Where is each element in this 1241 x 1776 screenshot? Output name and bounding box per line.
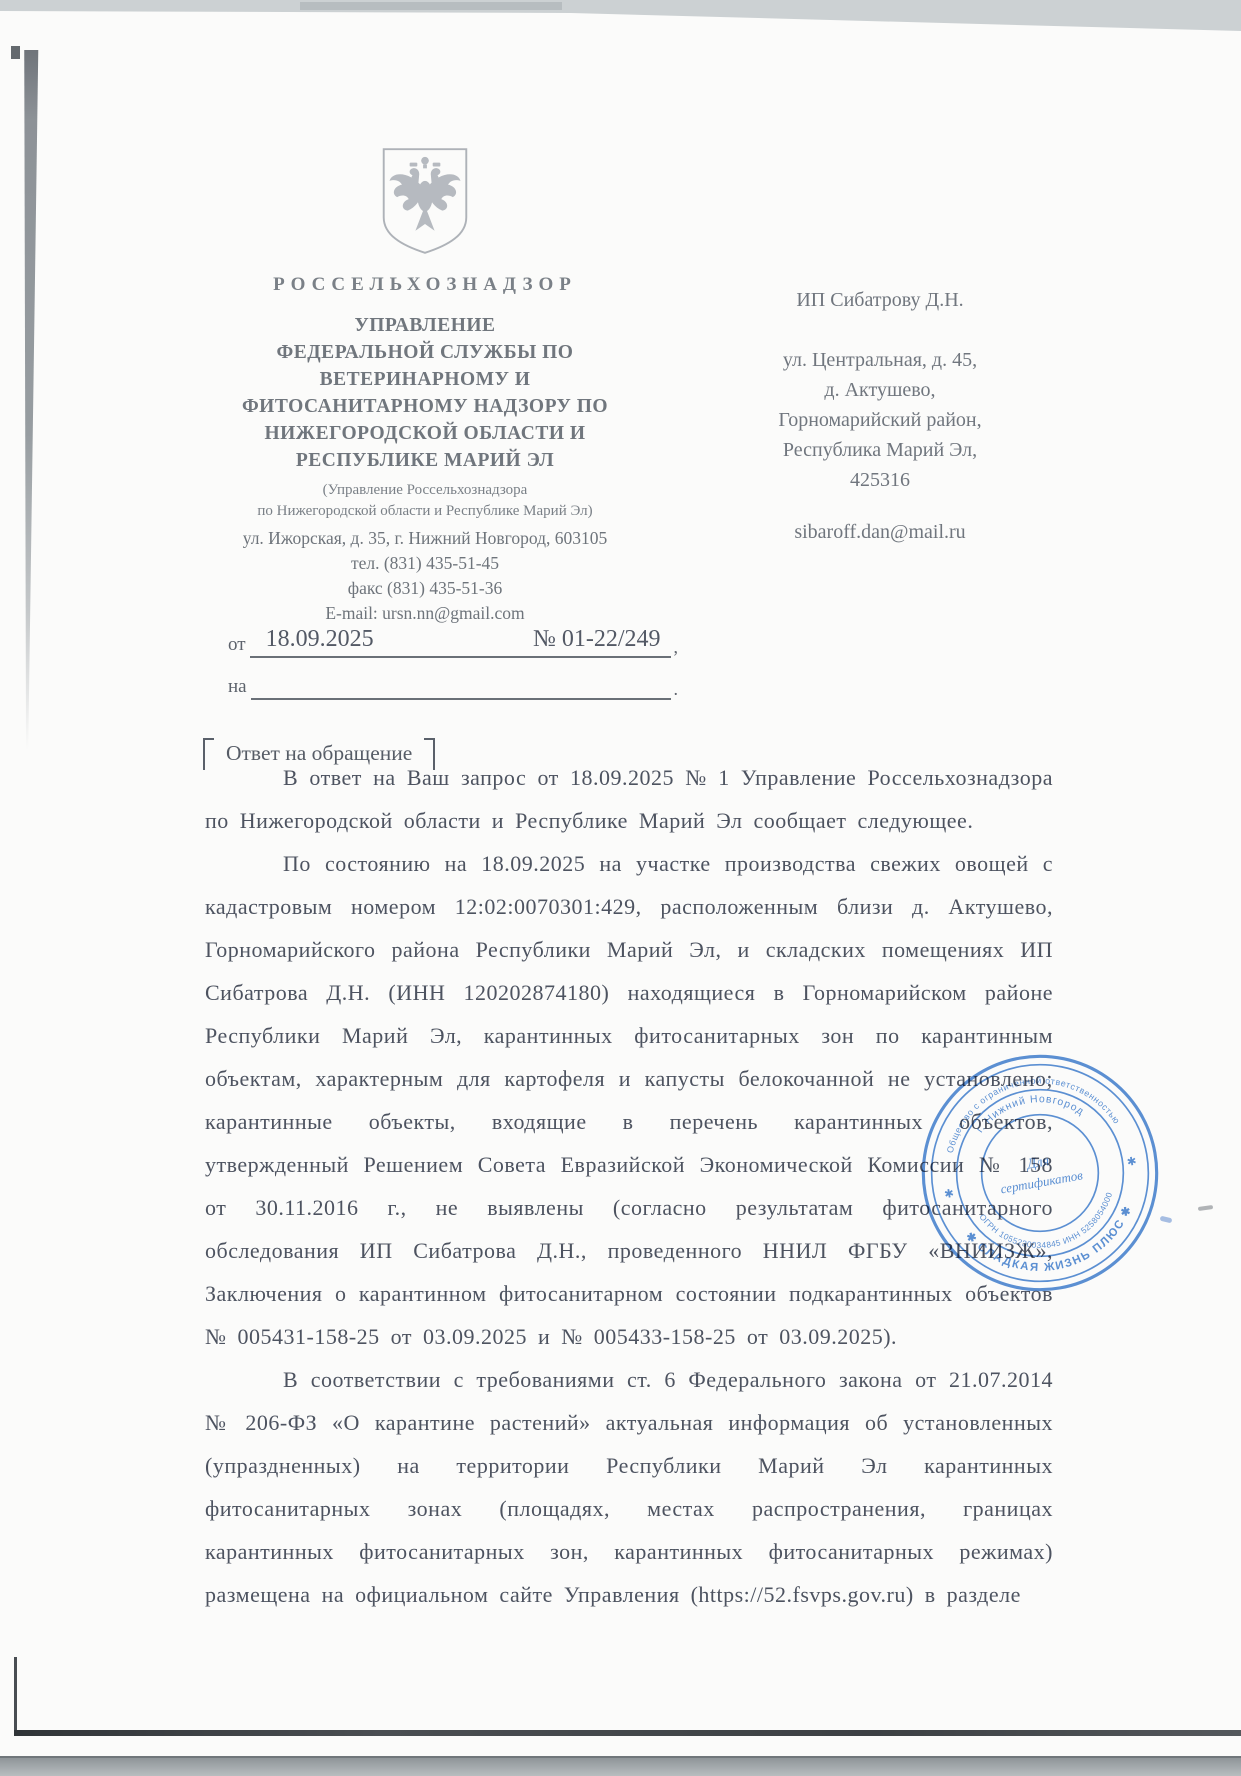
recipient-address-line: ул. Центральная, д. 45, — [700, 345, 1060, 375]
recipient-email: sibaroff.dan@mail.ru — [700, 517, 1060, 547]
scan-artifact-bottom-corner-line — [14, 1657, 17, 1735]
department-line: ВЕТЕРИНАРНОМУ И — [190, 366, 660, 393]
double-headed-eagle-icon — [389, 157, 460, 231]
recipient-address-line: Горномарийский район, — [700, 405, 1060, 435]
scan-artifact-bottom-line — [14, 1730, 1241, 1736]
ref-underline-empty — [251, 670, 671, 700]
ref-from-label: от — [228, 634, 250, 658]
department-name: УПРАВЛЕНИЕ ФЕДЕРАЛЬНОЙ СЛУЖБЫ ПО ВЕТЕРИН… — [190, 312, 660, 474]
company-round-stamp: Общество с ограниченной ответственностью… — [895, 1028, 1185, 1318]
org-phone: тел. (831) 435-51-45 — [190, 551, 660, 576]
org-short-name-line: (Управление Россельхознадзора — [190, 480, 660, 501]
ref-date: 18.09.2025 — [266, 626, 374, 653]
ref-underline: 18.09.2025 № 01-22/249 — [250, 626, 671, 658]
recipient-address-line: д. Актушево, — [700, 375, 1060, 405]
department-line: ФИТОСАНИТАРНОМУ НАДЗОРУ ПО — [190, 393, 660, 420]
scan-artifact-top-strip — [300, 2, 562, 10]
stamp-center-line1: Для — [1024, 1153, 1051, 1173]
scan-artifact-corner-dot — [11, 46, 20, 59]
recipient-address-line: Республика Марий Эл, — [700, 435, 1060, 465]
reference-row-date: от 18.09.2025 № 01-22/249 , — [228, 626, 678, 658]
stamp-inner-circle — [972, 1105, 1107, 1240]
recipient-address-line: 425316 — [700, 465, 1060, 495]
department-line: РЕСПУБЛИКЕ МАРИЙ ЭЛ — [190, 447, 660, 474]
body-paragraph: В соответствии с требованиями ст. 6 Феде… — [205, 1358, 1053, 1616]
department-line: ФЕДЕРАЛЬНОЙ СЛУЖБЫ ПО — [190, 339, 660, 366]
letterhead: РОССЕЛЬХОЗНАДЗОР УПРАВЛЕНИЕ ФЕДЕРАЛЬНОЙ … — [190, 146, 660, 626]
org-address: ул. Ижорская, д. 35, г. Нижний Новгород,… — [190, 526, 660, 551]
reference-row-on: на . — [228, 670, 678, 700]
org-email: E-mail: ursn.nn@gmail.com — [190, 601, 660, 626]
scanned-letter-page: РОССЕЛЬХОЗНАДЗОР УПРАВЛЕНИЕ ФЕДЕРАЛЬНОЙ … — [0, 0, 1241, 1776]
ref-on-label: на — [228, 676, 251, 700]
reference-block: от 18.09.2025 № 01-22/249 , на . — [228, 626, 678, 700]
russia-coat-of-arms-icon — [377, 146, 473, 256]
body-paragraph: В ответ на Ваш запрос от 18.09.2025 № 1 … — [205, 756, 1053, 842]
department-line: НИЖЕГОРОДСКОЙ ОБЛАСТИ И — [190, 420, 660, 447]
ref-period: . — [671, 679, 679, 700]
scan-artifact-bottom-band — [0, 1756, 1241, 1776]
org-short-name: (Управление Россельхознадзора по Нижегор… — [190, 480, 660, 522]
ref-comma: , — [671, 637, 679, 658]
stamp-center-line2: сертификатов — [999, 1167, 1084, 1196]
department-line: УПРАВЛЕНИЕ — [190, 312, 660, 339]
stamp-separator-star-right: ✱ — [1126, 1155, 1138, 1168]
org-fax: факс (831) 435-51-36 — [190, 576, 660, 601]
recipient-name: ИП Сибатрову Д.Н. — [700, 285, 1060, 315]
agency-name: РОССЕЛЬХОЗНАДЗОР — [190, 274, 660, 296]
org-contacts: ул. Ижорская, д. 35, г. Нижний Новгород,… — [190, 526, 660, 626]
stamp-svg: Общество с ограниченной ответственностью… — [895, 1028, 1185, 1318]
org-short-name-line: по Нижегородской области и Республике Ма… — [190, 501, 660, 522]
stamp-separator-star-left: ✱ — [943, 1188, 955, 1201]
ref-number: № 01-22/249 — [533, 626, 661, 653]
recipient-block: ИП Сибатрову Д.Н. ул. Центральная, д. 45… — [700, 285, 1060, 547]
